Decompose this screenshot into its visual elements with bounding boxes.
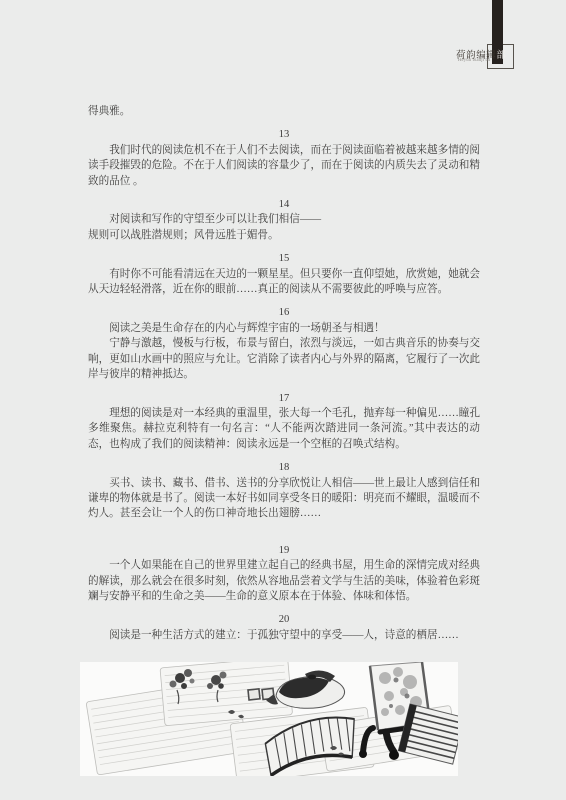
section-paragraph: 理想的阅读是对一本经典的重温里，张大每一个毛孔，抛弃每一种偏见……瞳孔多维聚焦。…	[88, 406, 480, 452]
section-20: 20 阅读是一种生活方式的建立：于孤独守望中的享受——人，诗意的栖居……	[88, 612, 480, 643]
section-number: 16	[88, 305, 480, 320]
section-paragraph: 阅读之美是生命存在的内心与辉煌宇宙的一场朝圣与相遇！	[88, 321, 480, 336]
section-14: 14 对阅读和写作的守望至少可以让我们相信—— 规则可以战胜潜规则；风骨远胜于媚…	[88, 197, 480, 243]
section-18: 18 买书、读书、藏书、借书、送书的分享欣悦让人相信——世上最让人感到信任和谦卑…	[88, 460, 480, 522]
page-text-column: 得典雅。 13 我们时代的阅读危机不在于人们不去阅读，而在于阅读面临着被越来越多…	[88, 104, 480, 643]
section-paragraph: 规则可以战胜潜规则；风骨远胜于媚骨。	[88, 228, 480, 243]
section-paragraph: 买书、读书、藏书、借书、送书的分享欣悦让人相信——世上最让人感到信任和谦卑的物体…	[88, 476, 480, 522]
section-number: 17	[88, 391, 480, 406]
ink-painting-svg	[80, 662, 458, 776]
section-number: 18	[88, 460, 480, 475]
masthead-title-on-bar: 部	[496, 51, 506, 61]
section-19: 19 一个人如果能在自己的世界里建立起自己的经典书屋，用生命的深情完成对经典的解…	[88, 543, 480, 605]
carried-over-line: 得典雅。	[88, 104, 480, 119]
section-paragraph: 有时你不可能看清远在天边的一颗星星。但只要你一直仰望她，欣赏她，她就会从天边轻轻…	[88, 267, 480, 298]
section-number: 19	[88, 543, 480, 558]
section-16: 16 阅读之美是生命存在的内心与辉煌宇宙的一场朝圣与相遇！ 宁静与激越，慢板与行…	[88, 305, 480, 382]
section-paragraph: 阅读是一种生活方式的建立：于孤独守望中的享受——人，诗意的栖居……	[88, 628, 480, 643]
section-13: 13 我们时代的阅读危机不在于人们不去阅读，而在于阅读面临着被越来越多情的阅读手…	[88, 127, 480, 189]
section-paragraph: 一个人如果能在自己的世界里建立起自己的经典书屋，用生命的深情完成对经典的解读，那…	[88, 558, 480, 604]
section-number: 20	[88, 612, 480, 627]
section-paragraph: 对阅读和写作的守望至少可以让我们相信——	[88, 212, 480, 227]
section-17: 17 理想的阅读是对一本经典的重温里，张大每一个毛孔，抛弃每一种偏见……瞳孔多维…	[88, 391, 480, 453]
section-number: 14	[88, 197, 480, 212]
section-paragraph: 宁静与激越，慢板与行板，布景与留白，浓烈与淡远，一如古典音乐的协奏与交响，更如山…	[88, 336, 480, 382]
masthead-subtitle: Heyun bianji bu	[458, 58, 491, 63]
ink-painting-illustration	[80, 662, 458, 776]
section-number: 15	[88, 251, 480, 266]
section-paragraph: 我们时代的阅读危机不在于人们不去阅读，而在于阅读面临着被越来越多情的阅读手段摧毁…	[88, 143, 480, 189]
section-number: 13	[88, 127, 480, 142]
section-15: 15 有时你不可能看清远在天边的一颗星星。但只要你一直仰望她，欣赏她，她就会从天…	[88, 251, 480, 297]
